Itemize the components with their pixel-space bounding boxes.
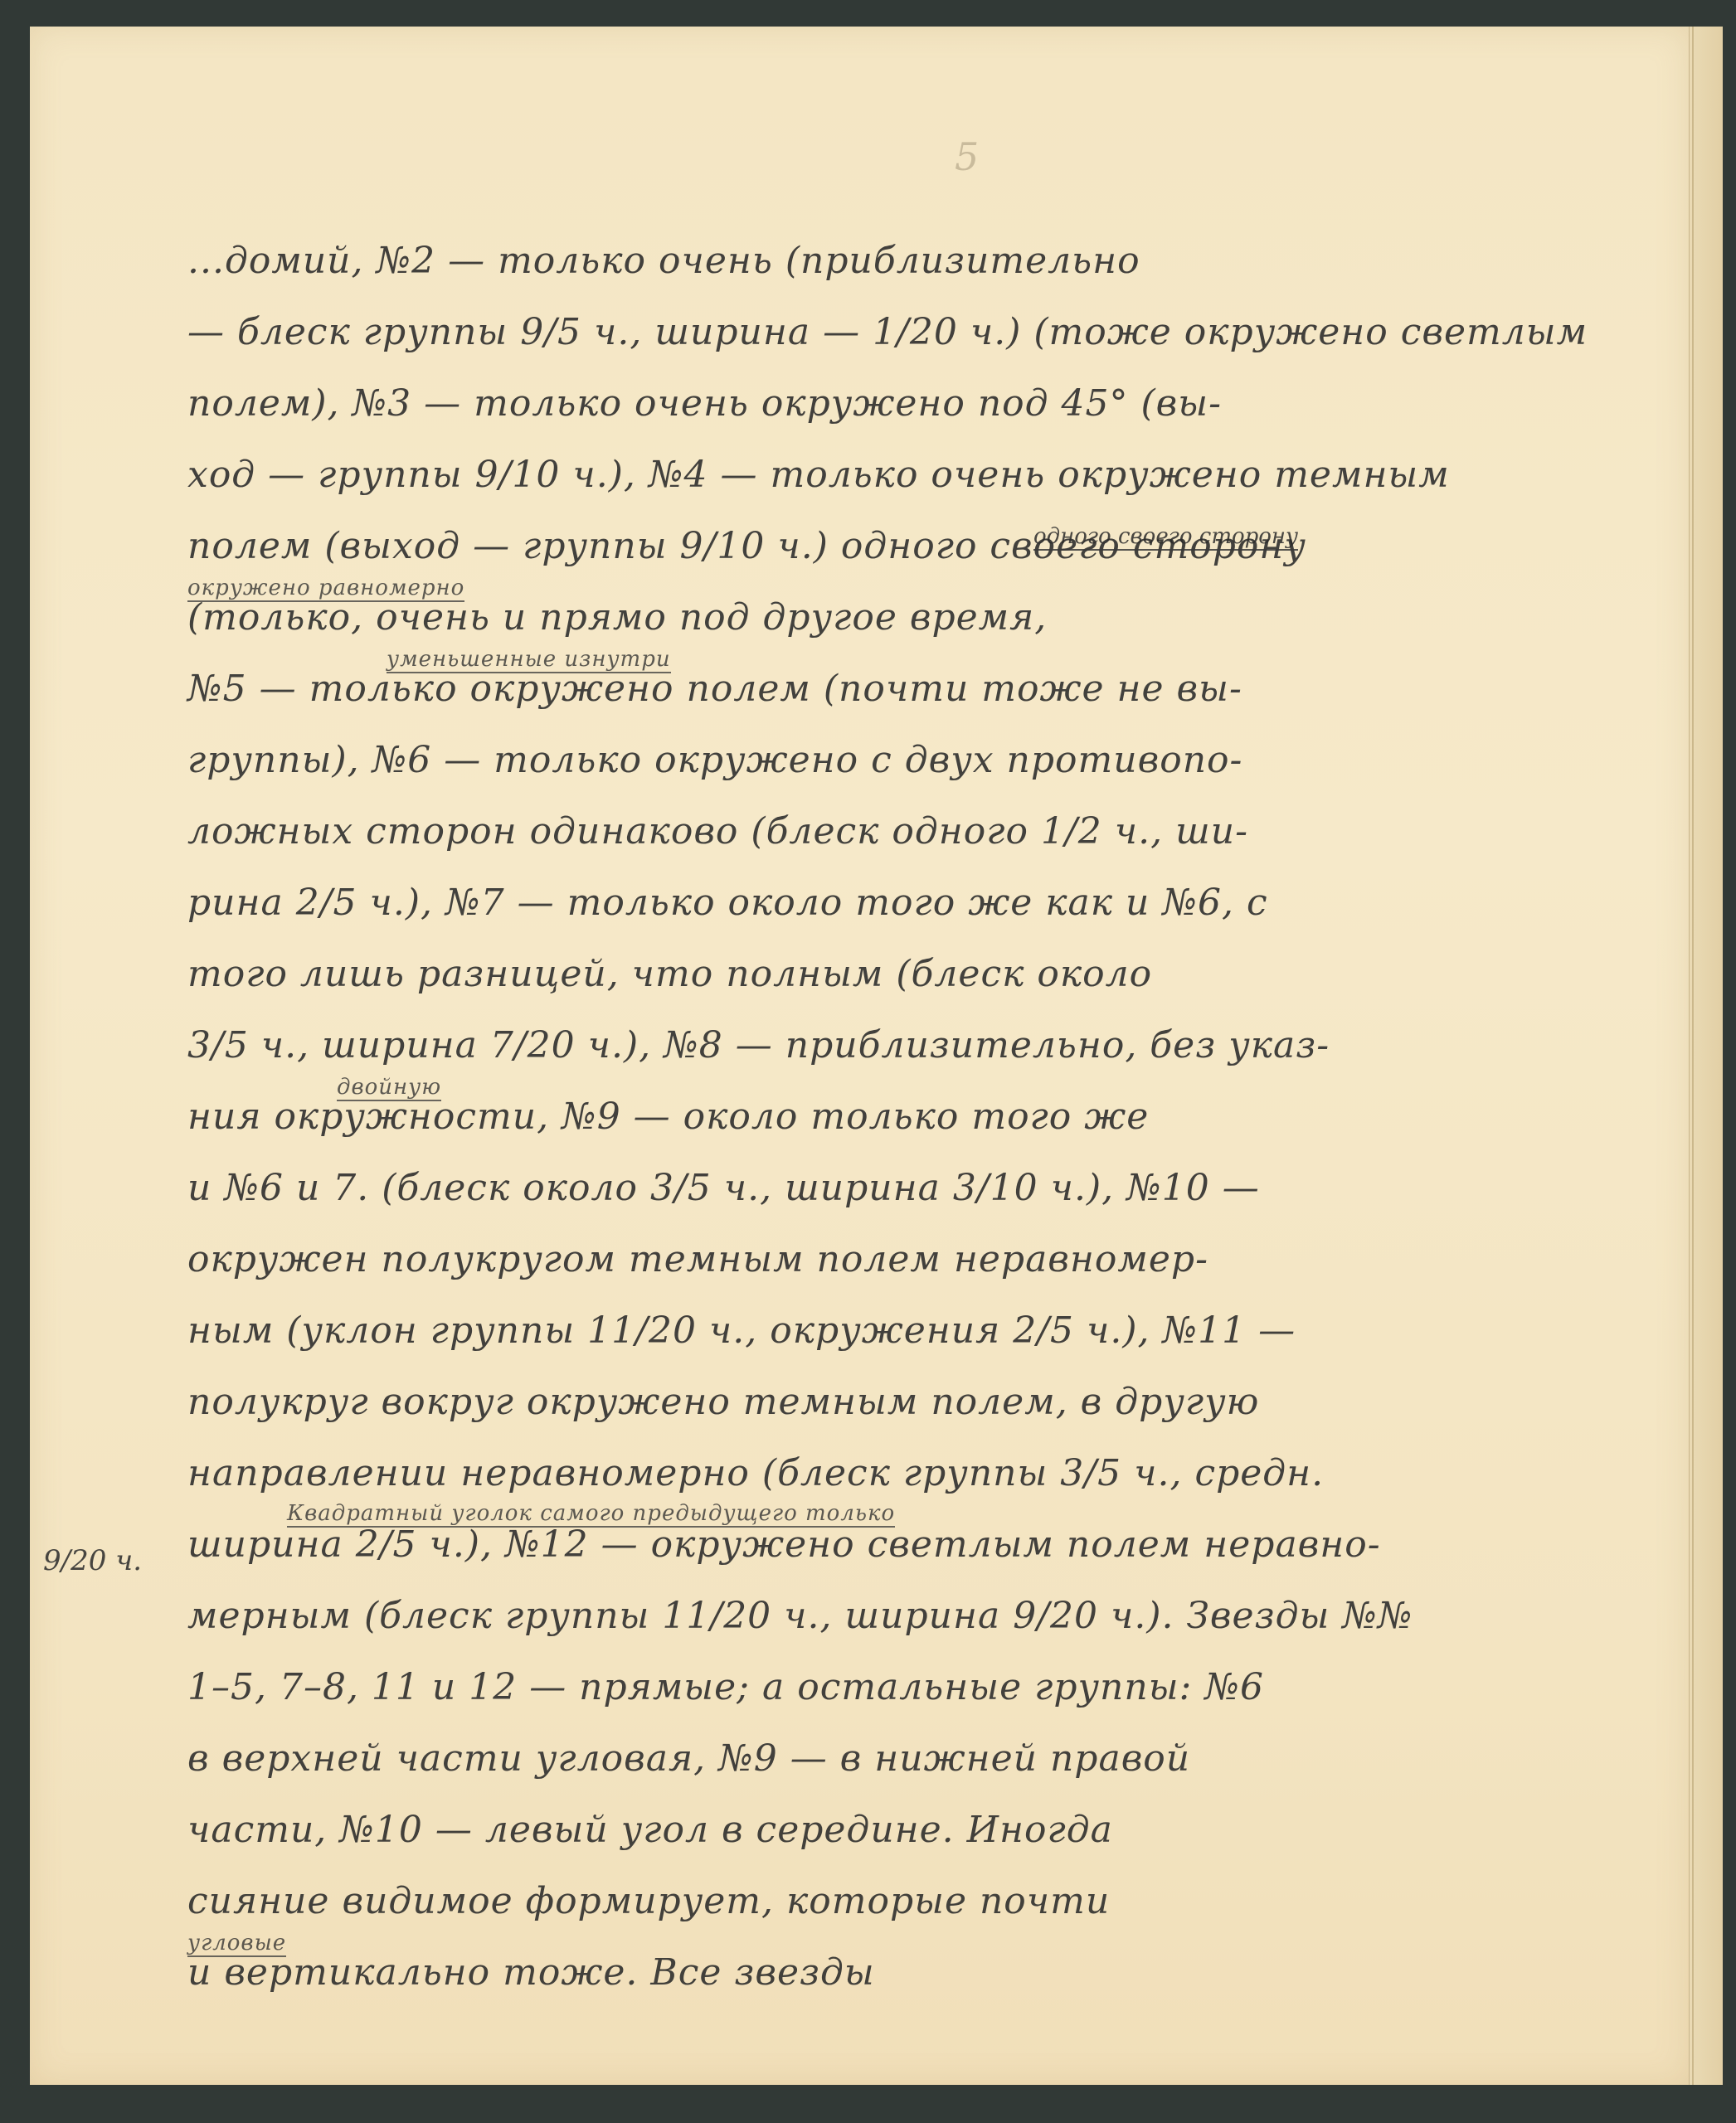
manuscript-page: 5 ...домий, №2 — только очень (приблизит… (30, 27, 1689, 2085)
page-fold-line (1692, 27, 1694, 2085)
manuscript-line: направлении неравномерно (блеск группы 3… (187, 1438, 1697, 1509)
manuscript-line: — блеск группы 9/5 ч., ширина — 1/20 ч.)… (187, 297, 1697, 368)
manuscript-line: того лишь разницей, что полным (блеск ок… (187, 939, 1697, 1010)
manuscript-line: полем), №3 — только очень окружено под 4… (187, 368, 1697, 440)
adjacent-page-edge (1689, 27, 1723, 2085)
margin-note: 9/20 ч. (43, 1544, 142, 1577)
manuscript-line: рина 2/5 ч.), №7 — только около того же … (187, 867, 1697, 939)
manuscript-text-body: ...домий, №2 — только очень (приблизител… (187, 226, 1697, 2009)
interlinear-insert-top: одного своего сторону (1033, 524, 1298, 551)
manuscript-line: ным (уклон группы 11/20 ч., окружения 2/… (187, 1295, 1697, 1367)
line-text: (только, очень и прямо под другое время, (187, 596, 1047, 639)
manuscript-line: части, №10 — левый угол в середине. Иног… (187, 1795, 1697, 1866)
interlinear-insert: Квадратный уголок самого предыдущего тол… (287, 1501, 895, 1528)
manuscript-line: полукруг вокруг окружено темным полем, в… (187, 1367, 1697, 1438)
manuscript-line: двойную ния окружности, №9 — около тольк… (187, 1081, 1697, 1153)
interlinear-insert: окружено равномерно (187, 576, 464, 602)
manuscript-line: угловые и вертикально тоже. Все звезды (187, 1937, 1697, 2009)
manuscript-line: ложных сторон одинаково (блеск одного 1/… (187, 796, 1697, 867)
manuscript-line: уменьшенные изнутри №5 — только окружено… (187, 653, 1697, 725)
manuscript-line: окружен полукругом темным полем неравном… (187, 1224, 1697, 1295)
line-text: и вертикально тоже. Все звезды (187, 1951, 875, 1994)
manuscript-line: в верхней части угловая, №9 — в нижней п… (187, 1723, 1697, 1795)
manuscript-line: мерным (блеск группы 11/20 ч., ширина 9/… (187, 1581, 1697, 1652)
manuscript-line: и №6 и 7. (блеск около 3/5 ч., ширина 3/… (187, 1153, 1697, 1224)
manuscript-line: группы), №6 — только окружено с двух про… (187, 725, 1697, 796)
page-number-faint: 5 (955, 134, 979, 179)
line-text: ширина 2/5 ч.), №12 — окружено светлым п… (187, 1523, 1381, 1566)
manuscript-line: 3/5 ч., ширина 7/20 ч.), №8 — приблизите… (187, 1010, 1697, 1081)
interlinear-insert: уменьшенные изнутри (387, 647, 671, 673)
manuscript-line: ...домий, №2 — только очень (приблизител… (187, 226, 1697, 297)
manuscript-line: сияние видимое формирует, которые почти (187, 1866, 1697, 1937)
interlinear-insert: угловые (187, 1931, 286, 1957)
manuscript-line: 1–5, 7–8, 11 и 12 — прямые; а остальные … (187, 1652, 1697, 1723)
interlinear-insert: двойную (337, 1075, 441, 1101)
manuscript-line: полем (выход — группы 9/10 ч.) одного св… (187, 511, 1697, 582)
manuscript-line: Квадратный уголок самого предыдущего тол… (187, 1509, 1697, 1581)
line-text: №5 — только окружено полем (почти тоже н… (187, 668, 1242, 710)
manuscript-line: окружено равномерно (только, очень и пря… (187, 582, 1697, 653)
line-text: ния окружности, №9 — около только того ж… (187, 1096, 1149, 1138)
manuscript-line: ход — группы 9/10 ч.), №4 — только очень… (187, 440, 1697, 511)
